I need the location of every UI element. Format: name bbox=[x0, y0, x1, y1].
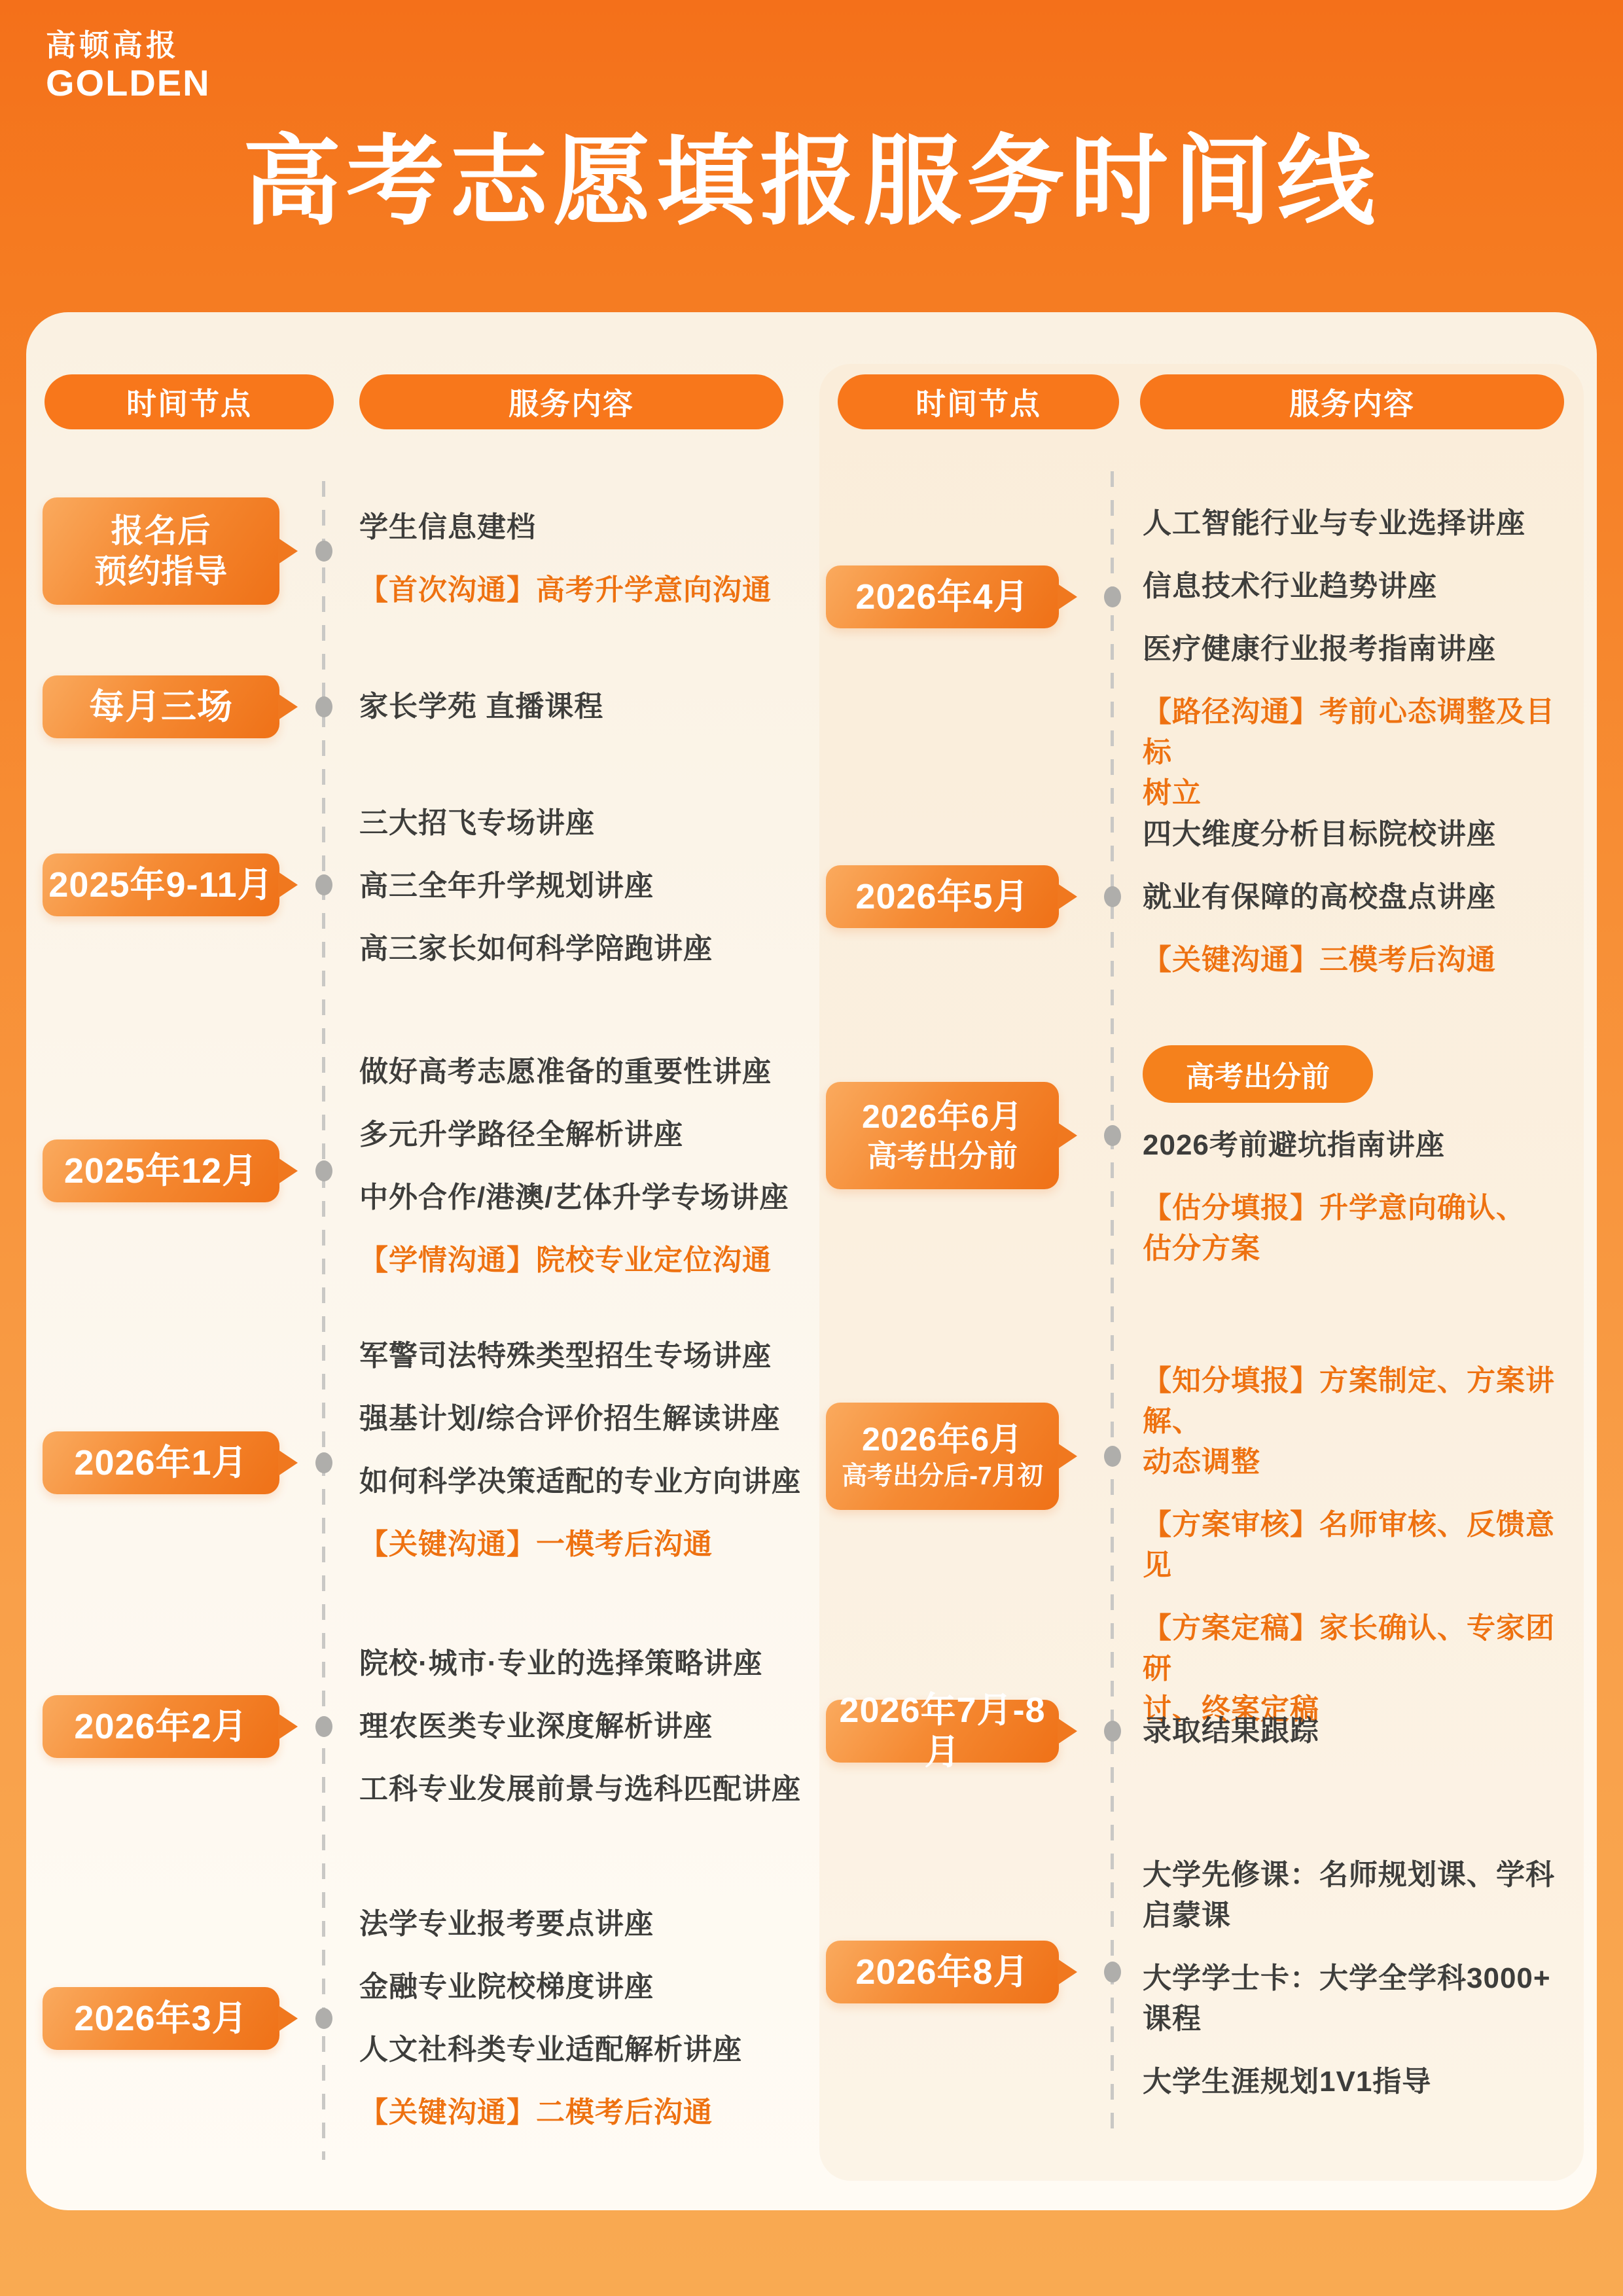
page-title: 高考志愿填报服务时间线 bbox=[0, 126, 1623, 237]
time-badge-label: 2026年5月 bbox=[855, 876, 1029, 918]
service-item: 信息技术行业趋势讲座 bbox=[1143, 566, 1577, 607]
stage-tag-pill: 高考出分前 bbox=[1143, 1045, 1373, 1103]
service-item: 大学先修课：名师规划课、学科 启蒙课 bbox=[1143, 1855, 1577, 1936]
service-item: 家长学苑 直播课程 bbox=[359, 687, 974, 727]
service-item: 学生信息建档 bbox=[359, 507, 974, 548]
timeline-dot bbox=[315, 2008, 332, 2029]
service-items: 四大维度分析目标院校讲座 就业有保障的高校盘点讲座 【关键沟通】三模考后沟通 bbox=[1143, 814, 1577, 980]
time-badge-2026-2: 2026年2月 bbox=[43, 1695, 279, 1758]
time-badge-2026-8: 2026年8月 bbox=[826, 1941, 1059, 2003]
time-badge-2026-6-after-scores: 2026年6月 高考出分后-7月初 bbox=[826, 1403, 1059, 1510]
left-timeline-line bbox=[322, 481, 325, 2160]
service-items: 高考出分前 2026考前避坑指南讲座 【估分填报】升学意向确认、 估分方案 bbox=[1143, 1045, 1577, 1269]
time-badge-label: 2026年6月 bbox=[862, 1096, 1023, 1137]
timeline-dot bbox=[1104, 886, 1121, 907]
time-badge-2026-7-8: 2026年7月-8月 bbox=[826, 1700, 1059, 1763]
service-item-highlight: 【方案审核】名师审核、反馈意见 bbox=[1143, 1505, 1577, 1586]
brand-name-en: GOLDEN bbox=[46, 63, 211, 103]
time-badge-2025-12: 2025年12月 bbox=[43, 1139, 279, 1202]
brand-logo: 高顿高报 GOLDEN bbox=[46, 27, 211, 103]
timeline-dot bbox=[1104, 1721, 1121, 1742]
left-header-time: 时间节点 bbox=[45, 374, 334, 429]
timeline-dot bbox=[1104, 586, 1121, 607]
service-items: 录取结果跟踪 bbox=[1143, 1711, 1577, 1751]
time-badge-label: 2025年12月 bbox=[64, 1150, 258, 1192]
service-item: 工科专业发展前景与选科匹配讲座 bbox=[359, 1769, 974, 1810]
service-item: 四大维度分析目标院校讲座 bbox=[1143, 814, 1577, 855]
time-badge-label: 2026年2月 bbox=[74, 1706, 247, 1748]
service-item: 人工智能行业与专业选择讲座 bbox=[1143, 503, 1577, 544]
time-badge-label: 预约指导 bbox=[94, 551, 228, 592]
time-badge-label: 2025年9-11月 bbox=[48, 864, 273, 906]
time-badge-label: 2026年4月 bbox=[855, 576, 1029, 618]
timeline-dot bbox=[1104, 1446, 1121, 1467]
time-badge-label: 2026年1月 bbox=[74, 1442, 247, 1484]
right-header-service: 服务内容 bbox=[1140, 374, 1564, 429]
service-item-highlight: 【关键沟通】一模考后沟通 bbox=[359, 1524, 974, 1565]
right-timeline-line bbox=[1111, 471, 1114, 2140]
time-badge-2026-1: 2026年1月 bbox=[43, 1431, 279, 1494]
timeline-dot bbox=[1104, 1962, 1121, 1982]
time-badge-label: 2026年8月 bbox=[855, 1951, 1029, 1993]
timeline-dot bbox=[315, 541, 332, 562]
right-header-time: 时间节点 bbox=[838, 374, 1119, 429]
timeline-dot bbox=[315, 1716, 332, 1737]
time-badge-2025-9-11: 2025年9-11月 bbox=[43, 853, 279, 916]
timeline-dot bbox=[315, 874, 332, 895]
service-item: 三大招飞专场讲座 bbox=[359, 803, 974, 844]
service-item: 录取结果跟踪 bbox=[1143, 1711, 1577, 1751]
service-item: 大学学士卡：大学全学科3000+ 课程 bbox=[1143, 1958, 1577, 2039]
service-items: 【知分填报】方案制定、方案讲解、 动态调整 【方案审核】名师审核、反馈意见 【方… bbox=[1143, 1361, 1577, 1730]
service-item-highlight: 【关键沟通】二模考后沟通 bbox=[359, 2092, 974, 2133]
service-item: 大学生涯规划1V1指导 bbox=[1143, 2062, 1577, 2102]
time-badge-label: 报名后 bbox=[111, 511, 211, 551]
poster-canvas: 高顿高报 GOLDEN 高考志愿填报服务时间线 时间节点 服务内容 时间节点 服… bbox=[0, 0, 1623, 2296]
service-items: 家长学苑 直播课程 bbox=[359, 687, 974, 727]
timeline-dot bbox=[315, 1452, 332, 1473]
time-badge-label: 每月三场 bbox=[89, 686, 233, 728]
service-item-highlight: 【关键沟通】三模考后沟通 bbox=[1143, 940, 1577, 980]
service-item: 2026考前避坑指南讲座 bbox=[1143, 1125, 1577, 1166]
service-items: 法学专业报考要点讲座 金融专业院校梯度讲座 人文社科类专业适配解析讲座 【关键沟… bbox=[359, 1904, 974, 2133]
service-item: 人文社科类专业适配解析讲座 bbox=[359, 2030, 974, 2070]
time-badge-label: 2026年6月 bbox=[862, 1419, 1023, 1460]
brand-name-cn: 高顿高报 bbox=[46, 27, 211, 63]
time-badge-2026-5: 2026年5月 bbox=[826, 865, 1059, 928]
service-item-highlight: 【学情沟通】院校专业定位沟通 bbox=[359, 1240, 974, 1281]
service-item: 就业有保障的高校盘点讲座 bbox=[1143, 877, 1577, 918]
service-item-highlight: 【路径沟通】考前心态调整及目标 树立 bbox=[1143, 692, 1577, 814]
left-header-service: 服务内容 bbox=[359, 374, 783, 429]
service-item-highlight: 【知分填报】方案制定、方案讲解、 动态调整 bbox=[1143, 1361, 1577, 1482]
timeline-dot bbox=[315, 696, 332, 717]
time-badge-monthly: 每月三场 bbox=[43, 675, 279, 738]
time-badge-signup: 报名后 预约指导 bbox=[43, 497, 279, 605]
service-items: 大学先修课：名师规划课、学科 启蒙课 大学学士卡：大学全学科3000+ 课程 大… bbox=[1143, 1855, 1577, 2102]
service-item-highlight: 【估分填报】升学意向确认、 估分方案 bbox=[1143, 1188, 1577, 1269]
service-item: 法学专业报考要点讲座 bbox=[359, 1904, 974, 1945]
time-badge-sublabel: 高考出分前 bbox=[867, 1137, 1018, 1175]
time-badge-label: 2026年3月 bbox=[74, 1998, 247, 2039]
service-item: 医疗健康行业报考指南讲座 bbox=[1143, 629, 1577, 670]
service-item: 院校·城市·专业的选择策略讲座 bbox=[359, 1643, 974, 1684]
timeline-dot bbox=[315, 1160, 332, 1181]
time-badge-2026-6-before-scores: 2026年6月 高考出分前 bbox=[826, 1082, 1059, 1189]
service-items: 人工智能行业与专业选择讲座 信息技术行业趋势讲座 医疗健康行业报考指南讲座 【路… bbox=[1143, 503, 1577, 814]
time-badge-sublabel: 高考出分后-7月初 bbox=[842, 1460, 1043, 1494]
service-item: 军警司法特殊类型招生专场讲座 bbox=[359, 1336, 974, 1376]
time-badge-2026-3: 2026年3月 bbox=[43, 1987, 279, 2050]
time-badge-2026-4: 2026年4月 bbox=[826, 565, 1059, 628]
service-item: 高三家长如何科学陪跑讲座 bbox=[359, 929, 974, 969]
timeline-dot bbox=[1104, 1125, 1121, 1146]
time-badge-label: 2026年7月-8月 bbox=[826, 1689, 1059, 1773]
